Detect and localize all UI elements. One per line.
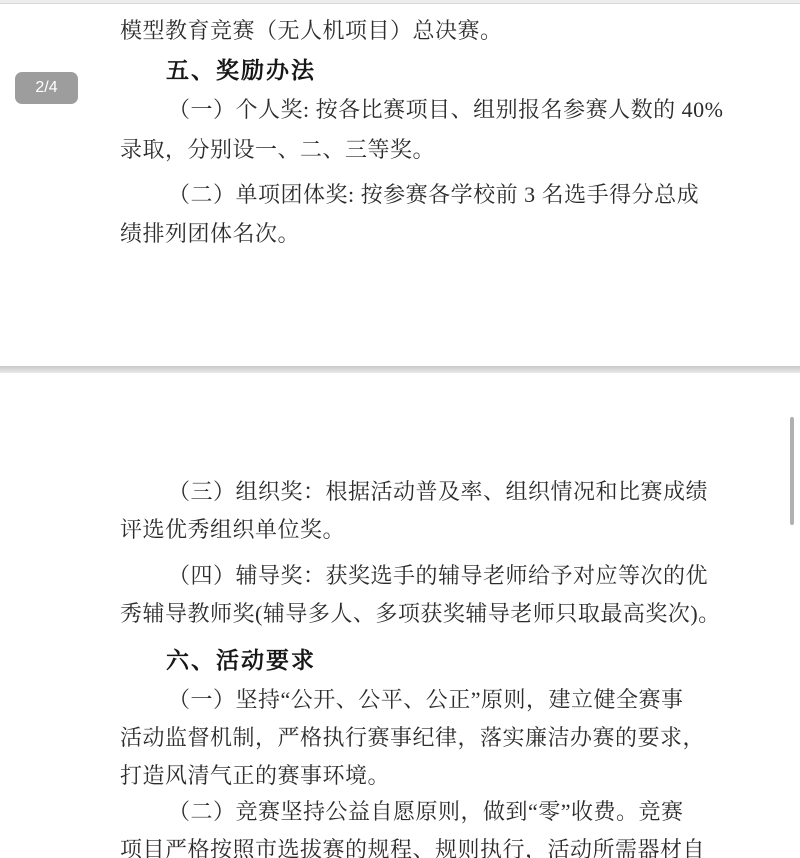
page-indicator-badge: 2/4 — [15, 72, 78, 104]
page-indicator-label: 2/4 — [35, 79, 57, 97]
page-gap-divider — [0, 366, 800, 373]
document-text-line: 评选优秀组织单位奖。 — [120, 516, 345, 544]
document-text-line: 活动监督机制，严格执行赛事纪律，落实廉洁办赛的要求， — [120, 724, 705, 752]
section-heading: 六、活动要求 — [166, 646, 316, 674]
document-text-line: （二）竞赛坚持公益自愿原则，做到“零”收费。竞赛 — [168, 798, 684, 826]
document-text-line: 模型教育竞赛（无人机项目）总决赛。 — [120, 17, 503, 45]
document-text-line: （四）辅导奖：获奖选手的辅导老师给予对应等次的优 — [168, 562, 708, 590]
document-text-line: 秀辅导教师奖(辅导多人、多项获奖辅导老师只取最高奖次)。 — [120, 600, 721, 628]
document-page: （三）组织奖：根据活动普及率、组织情况和比赛成绩评选优秀组织单位奖。（四）辅导奖… — [0, 373, 800, 858]
document-viewport[interactable]: 模型教育竞赛（无人机项目）总决赛。五、奖励办法（一）个人奖: 按各比赛项目、组别… — [0, 0, 800, 858]
document-text-line: （一）坚持“公开、公平、公正”原则，建立健全赛事 — [168, 686, 684, 714]
document-text-line: （二）单项团体奖: 按参赛各学校前 3 名选手得分总成 — [168, 181, 699, 209]
document-text-line: 打造风清气正的赛事环境。 — [120, 762, 390, 790]
document-text-line: 项目严格按照市选拔赛的规程、规则执行，活动所需器材自 — [120, 836, 705, 858]
previous-page-edge — [0, 0, 800, 4]
document-text-line: （一）个人奖: 按各比赛项目、组别报名参赛人数的 40% — [168, 96, 723, 124]
scrollbar-thumb[interactable] — [790, 417, 794, 525]
section-heading: 五、奖励办法 — [166, 56, 316, 84]
document-text-line: 录取，分别设一、二、三等奖。 — [120, 136, 435, 164]
document-text-line: 绩排列团体名次。 — [120, 220, 300, 248]
document-text-line: （三）组织奖：根据活动普及率、组织情况和比赛成绩 — [168, 478, 708, 506]
document-page: 模型教育竞赛（无人机项目）总决赛。五、奖励办法（一）个人奖: 按各比赛项目、组别… — [0, 5, 800, 366]
